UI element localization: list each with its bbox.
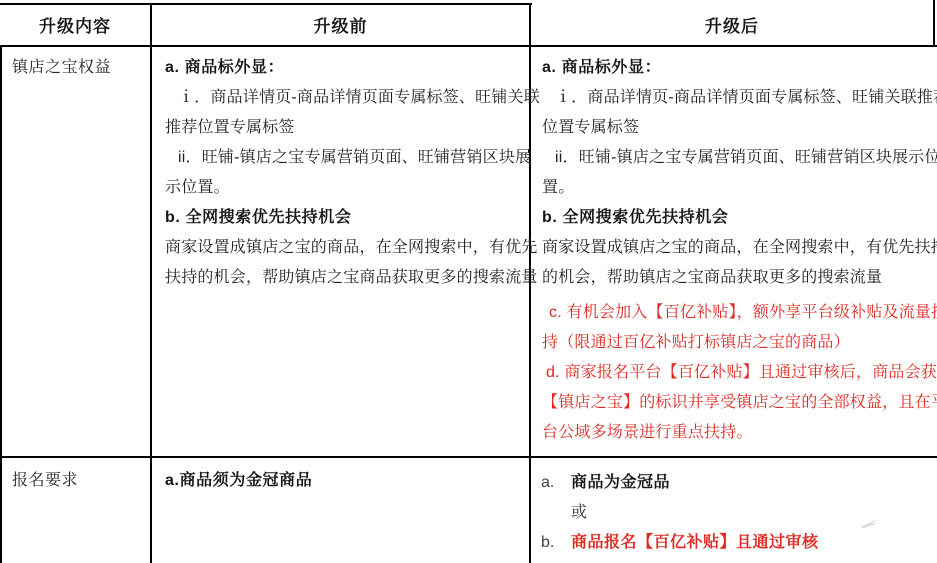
text-line: a. 商品标外显：: [165, 53, 525, 83]
table-border-right-partial: [933, 0, 935, 47]
text-line: 商家设置成镇店之宝的商品，在全网搜索中，有优先扶持: [542, 233, 935, 263]
requirements-before-cell: a.商品须为金冠商品: [151, 458, 529, 496]
text-line: a. 商品标外显：: [542, 53, 935, 83]
list-marker: b.: [541, 528, 571, 558]
row-label-treasure-benefits: 镇店之宝权益: [12, 53, 144, 83]
text-line: ii．旺铺-镇店之宝专属营销页面、旺铺营销区块展: [165, 143, 525, 173]
benefits-after-cell: a. 商品标外显：ｉ．商品详情页-商品详情页面专属标签、旺铺关联推荐位置专属标签…: [530, 46, 937, 448]
text-line: 扶持的机会，帮助镇店之宝商品获取更多的搜索流量: [165, 263, 525, 293]
text-line: ｉ．商品详情页-商品详情页面专属标签、旺铺关联推荐: [542, 83, 935, 113]
text-line: 置。: [542, 173, 935, 203]
benefits-before-cell: a. 商品标外显：ｉ．商品详情页-商品详情页面专属标签、旺铺关联推荐位置专属标签…: [151, 46, 529, 293]
text-line: d. 商家报名平台【百亿补贴】且通过审核后，商品会获得: [542, 358, 935, 388]
text-line: 商家设置成镇店之宝的商品，在全网搜索中，有优先: [165, 233, 525, 263]
text-line: ii．旺铺-镇店之宝专属营销页面、旺铺营销区块展示位: [542, 143, 935, 173]
text-line: 【镇店之宝】的标识并享受镇店之宝的全部权益，且在平: [542, 388, 935, 418]
text-line: 示位置。: [165, 173, 525, 203]
text-line: 台公域多场景进行重点扶持。: [542, 418, 935, 448]
document-table-screenshot: 升级内容 升级前 升级后 镇店之宝权益 a. 商品标外显：ｉ．商品详情页-商品详…: [0, 0, 937, 563]
text-line: 的机会，帮助镇店之宝商品获取更多的搜索流量: [542, 263, 935, 293]
list-text: 或: [571, 498, 588, 528]
header-upgrade-content: 升级内容: [0, 4, 150, 44]
list-text: 商品为金冠品: [571, 468, 670, 498]
list-marker: a.: [541, 468, 571, 498]
row-label-signup-requirements: 报名要求: [12, 466, 144, 496]
list-text: 商品报名【百亿补贴】且通过审核: [571, 528, 819, 558]
text-line: ｉ．商品详情页-商品详情页面专属标签、旺铺关联: [165, 83, 525, 113]
header-after-upgrade: 升级后: [531, 4, 933, 44]
text-line: 持（限通过百亿补贴打标镇店之宝的商品）: [542, 328, 935, 358]
header-before-upgrade: 升级前: [152, 4, 529, 44]
list-marker: [541, 498, 571, 528]
list-item: a.商品为金冠品: [541, 468, 935, 498]
text-line: 推荐位置专属标签: [165, 113, 525, 143]
mouse-cursor-artifact: [858, 515, 884, 536]
requirements-after-cell: a.商品为金冠品或b.商品报名【百亿补贴】且通过审核: [530, 458, 937, 558]
table-border-left: [0, 45, 2, 563]
text-line: 位置专属标签: [542, 113, 935, 143]
text-line: b. 全网搜索优先扶持机会: [165, 203, 525, 233]
text-line: c. 有机会加入【百亿补贴】，额外享平台级补贴及流量扶: [542, 298, 935, 328]
text-line: b. 全网搜索优先扶持机会: [542, 203, 935, 233]
text-line: a.商品须为金冠商品: [165, 466, 525, 496]
